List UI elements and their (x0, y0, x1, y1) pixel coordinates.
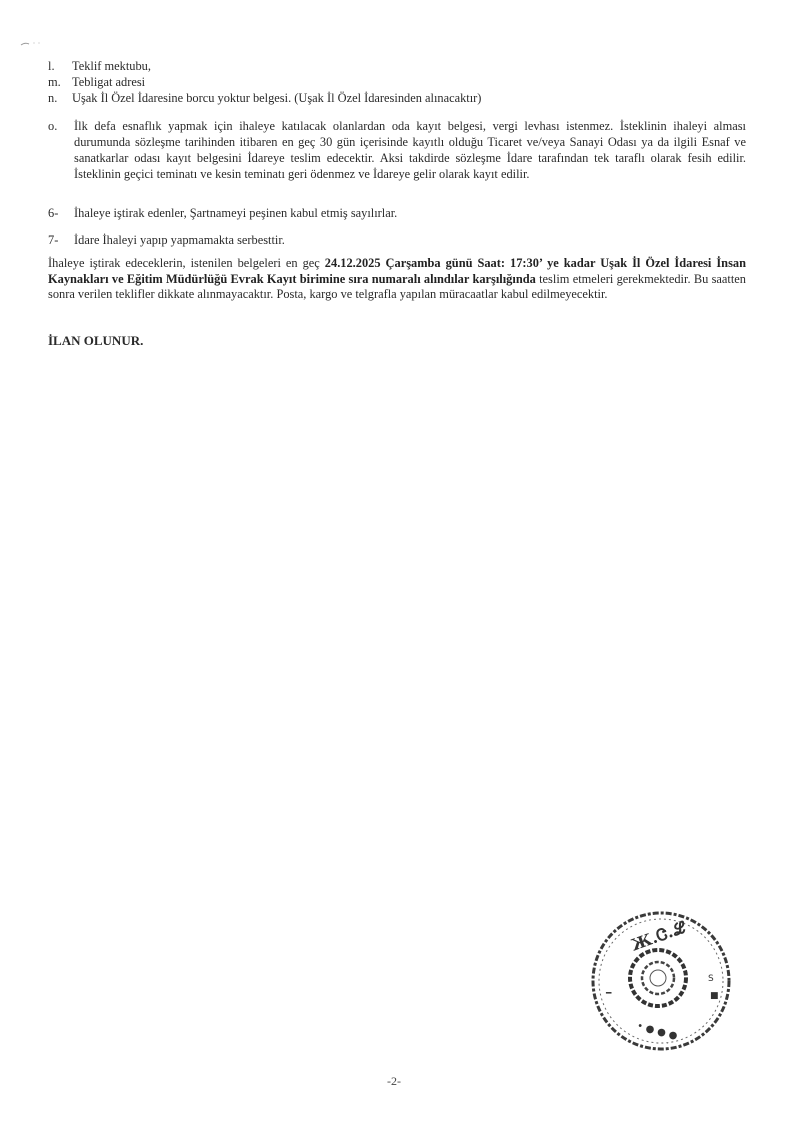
document-page: l.Teklif mektubu, m.Tebligat adresi n.Uş… (0, 0, 788, 1124)
svg-text:■: ■ (710, 991, 719, 1001)
list-item-text: Uşak İl Özel İdaresine borcu yoktur belg… (72, 91, 481, 105)
list-item-text: Teklif mektubu, (72, 59, 151, 73)
list-item-label: o. (48, 118, 72, 134)
svg-text:Ж.Ꮳ.ℒ: Ж.Ꮳ.ℒ (628, 917, 689, 955)
numbered-item-text: İhaleye iştirak edenler, Şartnameyi peşi… (74, 206, 397, 220)
scan-artifact-mark (20, 40, 42, 44)
list-item-text: Tebligat adresi (72, 75, 145, 89)
svg-text:· · ·: · · · (656, 1039, 669, 1048)
list-item-l: l.Teklif mektubu, (48, 58, 151, 74)
submission-paragraph: İhaleye iştirak edeceklerin, istenilen b… (48, 256, 746, 303)
official-seal-stamp-icon: Ж.Ꮳ.ℒ S ■ ━ • ● ● ● · · · (586, 906, 736, 1056)
list-item-label: n. (48, 90, 72, 106)
list-item-o: o. İlk defa esnaflık yapmak için ihaleye… (48, 118, 746, 182)
numbered-item-7: 7-İdare İhaleyi yapıp yapmamakta serbest… (48, 232, 285, 248)
svg-text:━: ━ (605, 989, 612, 999)
list-item-label: m. (48, 74, 72, 90)
list-item-label: l. (48, 58, 72, 74)
numbered-item-text: İdare İhaleyi yapıp yapmamakta serbestti… (74, 233, 285, 247)
numbered-item-6: 6-İhaleye iştirak edenler, Şartnameyi pe… (48, 205, 397, 221)
list-item-n: n.Uşak İl Özel İdaresine borcu yoktur be… (48, 90, 481, 106)
list-item-m: m.Tebligat adresi (48, 74, 145, 90)
closing-heading: İLAN OLUNUR. (48, 333, 143, 349)
svg-text:S: S (708, 974, 714, 984)
list-item-text: İlk defa esnaflık yapmak için ihaleye ka… (74, 118, 746, 182)
numbered-item-label: 7- (48, 232, 74, 248)
numbered-item-label: 6- (48, 205, 74, 221)
paragraph-text: İhaleye iştirak edeceklerin, istenilen b… (48, 256, 325, 270)
page-number: -2- (0, 1074, 788, 1089)
